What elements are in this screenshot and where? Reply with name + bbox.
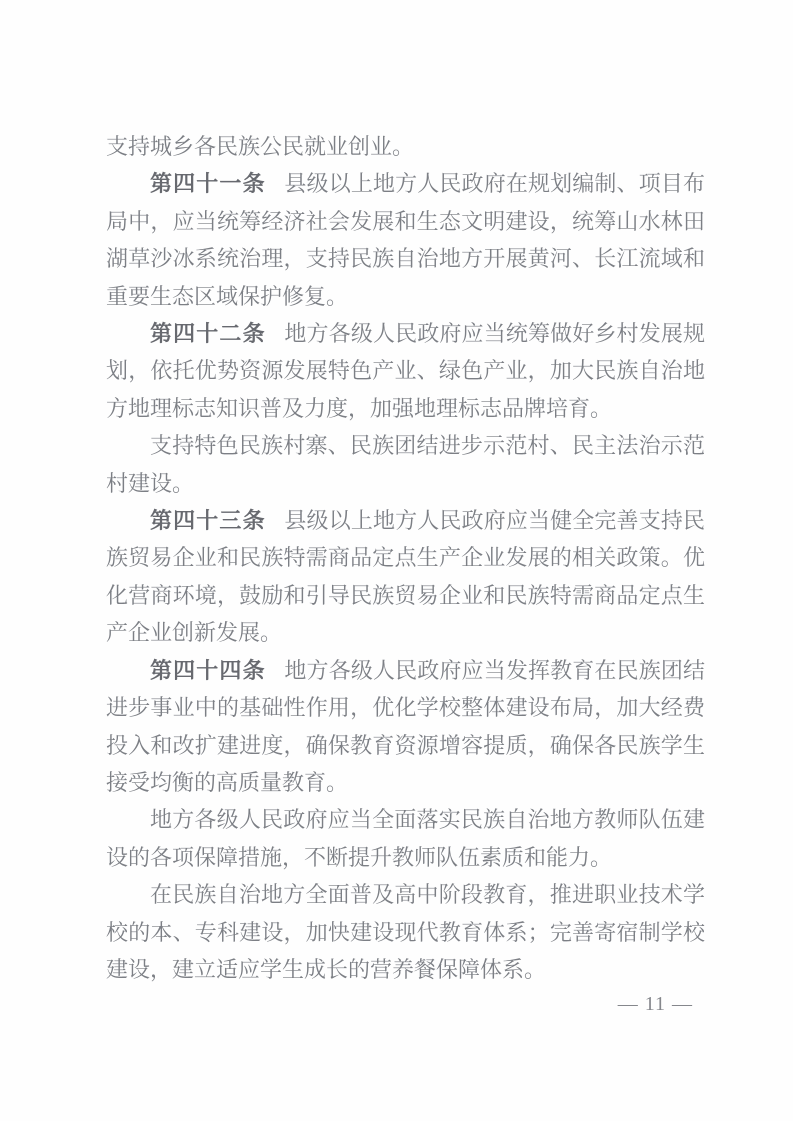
paragraph: 在民族自治地方全面普及高中阶段教育，推进职业技术学校的本、专科建设，加快建设现代… bbox=[106, 876, 705, 988]
paragraph-article-44: 第四十四条地方各级人民政府应当发挥教育在民族团结进步事业中的基础性作用，优化学校… bbox=[106, 652, 705, 802]
paragraph-article-43: 第四十三条县级以上地方人民政府应当健全完善支持民族贸易企业和民族特需商品定点生产… bbox=[106, 502, 705, 652]
paragraph-text: 支持特色民族村寨、民族团结进步示范村、民主法治示范村建设。 bbox=[106, 433, 705, 495]
article-number: 第四十四条 bbox=[150, 658, 266, 683]
paragraph: 支持特色民族村寨、民族团结进步示范村、民主法治示范村建设。 bbox=[106, 427, 705, 502]
article-number: 第四十三条 bbox=[150, 508, 266, 533]
document-page: 支持城乡各民族公民就业创业。 第四十一条县级以上地方人民政府在规划编制、项目布局… bbox=[0, 0, 793, 1121]
paragraph-article-42: 第四十二条地方各级人民政府应当统筹做好乡村发展规划，依托优势资源发展特色产业、绿… bbox=[106, 315, 705, 427]
paragraph: 地方各级人民政府应当全面落实民族自治地方教师队伍建设的各项保障措施，不断提升教师… bbox=[106, 801, 705, 876]
paragraph-text: 地方各级人民政府应当全面落实民族自治地方教师队伍建设的各项保障措施，不断提升教师… bbox=[106, 807, 705, 869]
document-body: 支持城乡各民族公民就业创业。 第四十一条县级以上地方人民政府在规划编制、项目布局… bbox=[106, 128, 705, 988]
paragraph-text: 在民族自治地方全面普及高中阶段教育，推进职业技术学校的本、专科建设，加快建设现代… bbox=[106, 882, 705, 982]
article-number: 第四十二条 bbox=[150, 321, 266, 346]
paragraph: 支持城乡各民族公民就业创业。 bbox=[106, 128, 705, 165]
article-number: 第四十一条 bbox=[150, 171, 266, 196]
page-number: — 11 — bbox=[106, 993, 693, 1016]
paragraph-text: 支持城乡各民族公民就业创业。 bbox=[106, 134, 414, 159]
paragraph-article-41: 第四十一条县级以上地方人民政府在规划编制、项目布局中，应当统筹经济社会发展和生态… bbox=[106, 165, 705, 315]
